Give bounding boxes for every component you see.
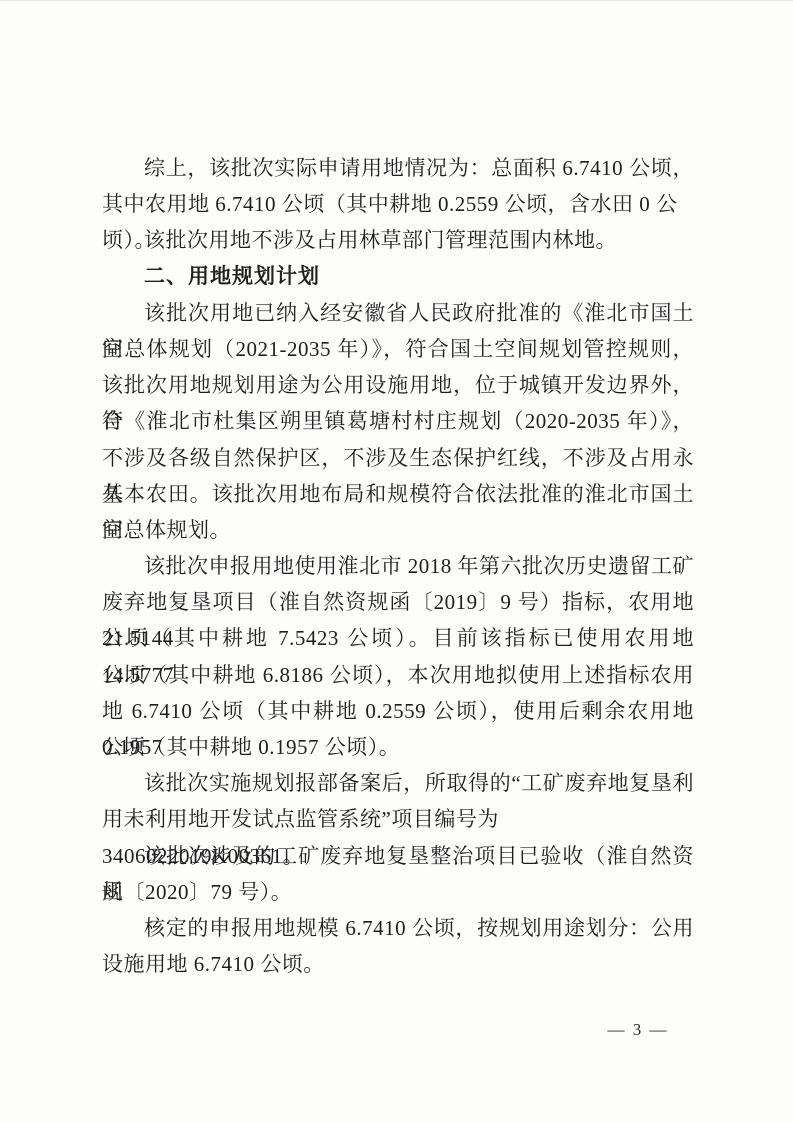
document-line: 该批次实施规划报部备案后，所取得的“工矿废弃地复垦利 (102, 765, 694, 801)
document-line: 该批次用地规划用途为公用设施用地，位于城镇开发边界外，符 (102, 367, 694, 403)
document-line: 公顷（其中耕地 0.1957 公顷）。 (102, 729, 694, 765)
document-line: 该批次用地不涉及占用林草部门管理范围内林地。 (102, 222, 694, 258)
document-line: 该批次涉及的工矿废弃地复垦整治项目已验收（淮自然资规 (102, 838, 694, 874)
text-block: 综上，该批次实际申请用地情况为：总面积 6.7410 公顷，其中农用地 6.74… (102, 150, 694, 982)
document-line: 用未利用地开发试点监管系统”项目编号为 3406022019K00361。 (102, 801, 694, 837)
document-line: 地 6.7410 公顷（其中耕地 0.2559 公顷），使用后剩余农用地 0.1… (102, 693, 694, 729)
document-page: 综上，该批次实际申请用地情况为：总面积 6.7410 公顷，其中农用地 6.74… (0, 0, 793, 1122)
document-line: 不涉及各级自然保护区，不涉及生态保护红线，不涉及占用永久 (102, 440, 694, 476)
page-number: — 3 — (588, 1020, 688, 1040)
document-line: 设施用地 6.7410 公顷。 (102, 946, 694, 982)
document-line: 合《淮北市杜集区朔里镇葛塘村村庄规划（2020-2035 年）》， (102, 403, 694, 439)
document-line: 函〔2020〕79 号）。 (102, 874, 694, 910)
document-line: 间总体规划（2021-2035 年）》，符合国土空间规划管控规则， (102, 331, 694, 367)
document-line: 间总体规划。 (102, 512, 694, 548)
document-line: 废弃地复垦项目（淮自然资规函〔2019〕9 号）指标，农用地 21.5144 (102, 584, 694, 620)
section-heading: 二、用地规划计划 (102, 259, 694, 295)
scan-artifact-top-edge (0, 0, 793, 2)
document-line: 公顷（其中耕地 7.5423 公顷）。目前该指标已使用农用地 14.5777 (102, 620, 694, 656)
document-line: 综上，该批次实际申请用地情况为：总面积 6.7410 公顷， (102, 150, 694, 186)
document-line: 基本农田。该批次用地布局和规模符合依法批准的淮北市国土空 (102, 476, 694, 512)
document-line: 核定的申报用地规模 6.7410 公顷，按规划用途划分：公用 (102, 910, 694, 946)
document-line: 其中农用地 6.7410 公顷（其中耕地 0.2559 公顷，含水田 0 公顷）… (102, 186, 694, 222)
document-line: 该批次用地已纳入经安徽省人民政府批准的《淮北市国土空 (102, 295, 694, 331)
document-line: 该批次申报用地使用淮北市 2018 年第六批次历史遗留工矿 (102, 548, 694, 584)
document-line: 公顷（其中耕地 6.8186 公顷），本次用地拟使用上述指标农用 (102, 657, 694, 693)
